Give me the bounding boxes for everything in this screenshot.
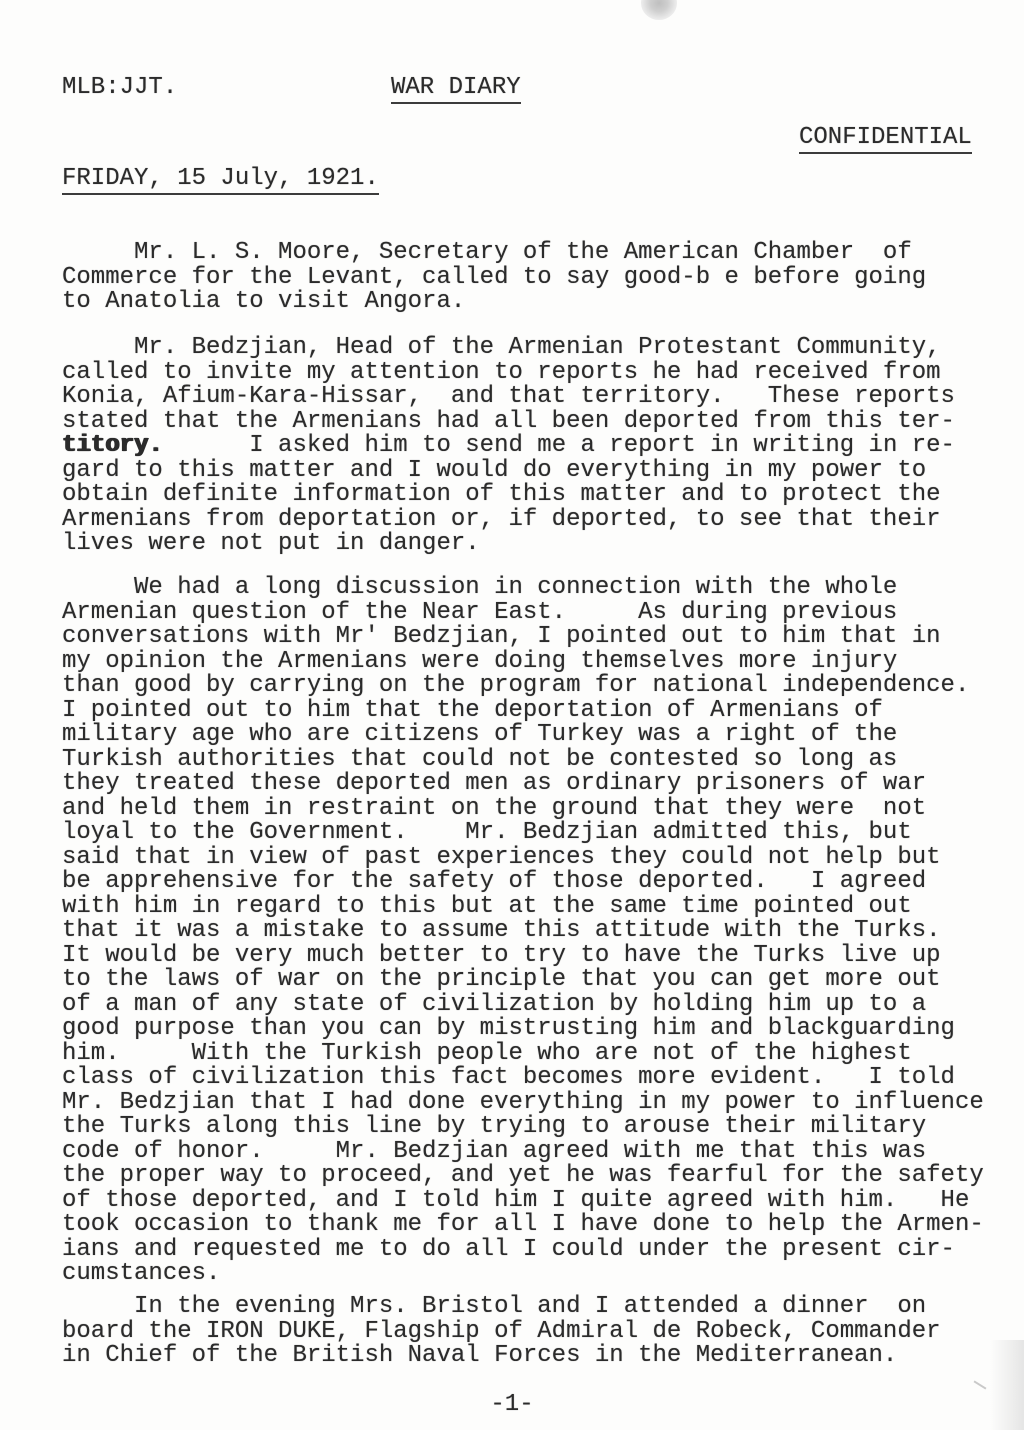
paragraph-2-start: Mr. Bedzjian, Head of the Armenian Prote… xyxy=(62,334,955,435)
date-heading-text: FRIDAY, 15 July, 1921. xyxy=(62,165,379,195)
page-title-text: WAR DIARY xyxy=(391,74,521,104)
overstrike-word: titory. xyxy=(62,432,163,459)
paragraph-4: In the evening Mrs. Bristol and I attend… xyxy=(62,1295,941,1369)
paragraph-1: Mr. L. S. Moore, Secretary of the Americ… xyxy=(62,241,926,315)
classification-text: CONFIDENTIAL xyxy=(799,124,972,154)
date-heading: FRIDAY, 15 July, 1921. xyxy=(62,167,379,192)
typist-initials: MLB:JJT. xyxy=(62,76,177,101)
classification-stamp: CONFIDENTIAL xyxy=(799,126,972,151)
punch-hole-shadow xyxy=(641,0,677,20)
paragraph-2: Mr. Bedzjian, Head of the Armenian Prote… xyxy=(62,336,955,557)
paragraph-2-end: I asked him to send me a report in writi… xyxy=(62,432,955,557)
scan-smudge xyxy=(974,1380,987,1389)
document-page: MLB:JJT. WAR DIARY CONFIDENTIAL FRIDAY, … xyxy=(0,0,1024,1430)
paragraph-3: We had a long discussion in connection w… xyxy=(62,576,984,1287)
page-number: -1- xyxy=(0,1393,1024,1418)
page-title: WAR DIARY xyxy=(391,76,521,101)
